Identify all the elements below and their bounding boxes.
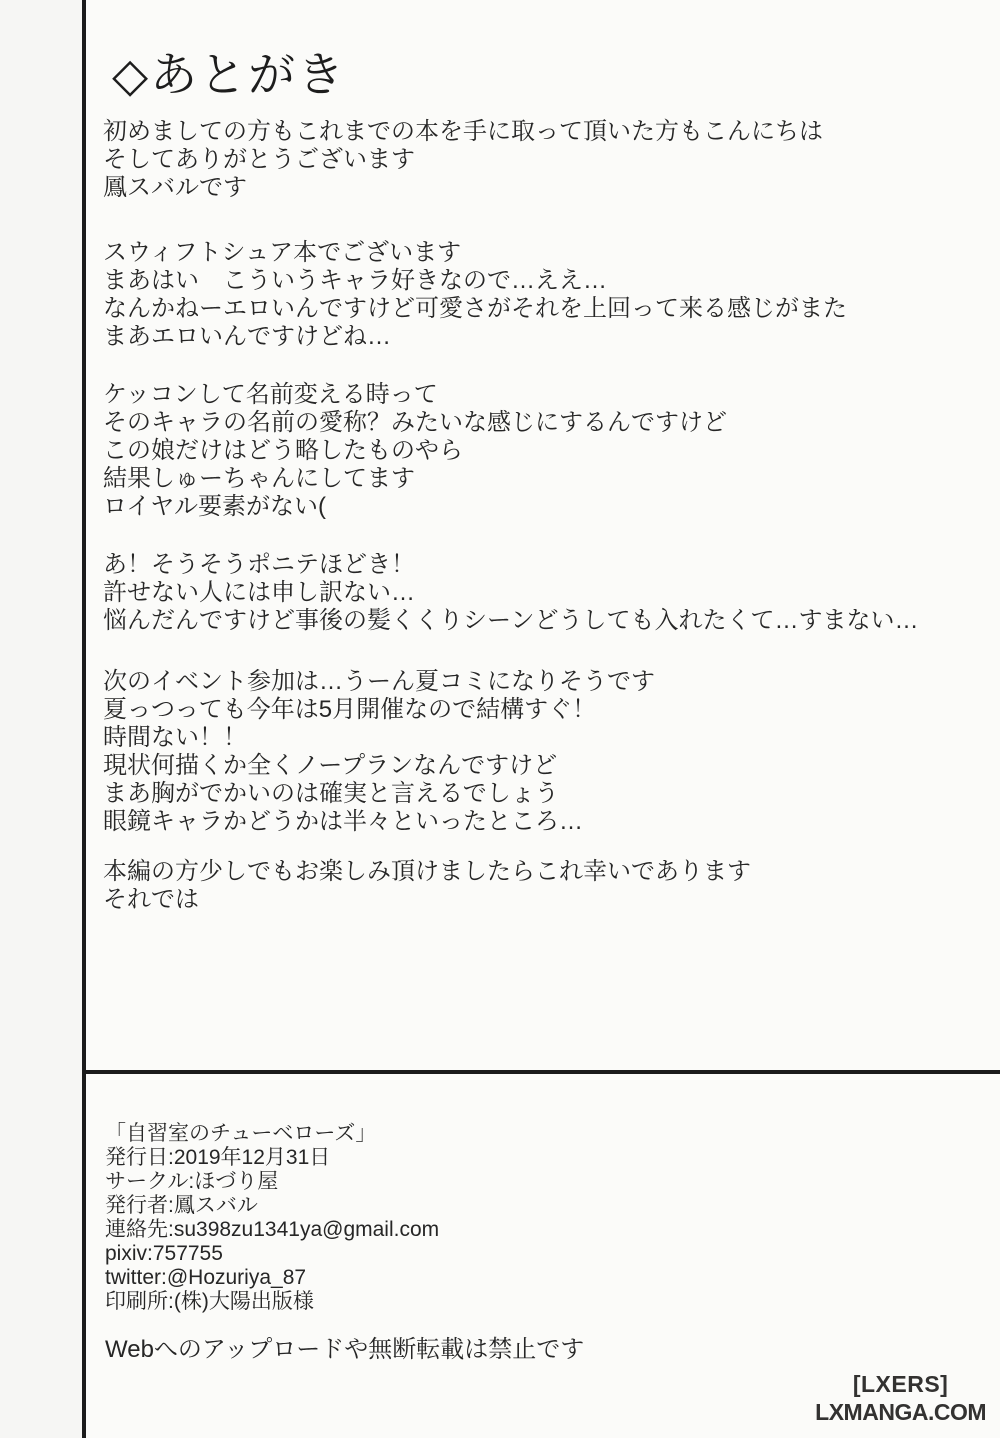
colophon-book-title: 「自習室のチューベローズ」 <box>105 1122 805 1146</box>
scan-left-margin <box>0 0 82 1438</box>
colophon: 「自習室のチューベローズ」 発行日:2019年12月31日 サークル:ほづり屋 … <box>105 1122 805 1314</box>
colophon-pixiv-id: pixiv:757755 <box>105 1242 805 1266</box>
colophon-publish-date: 発行日:2019年12月31日 <box>105 1146 805 1170</box>
afterword-paragraph-next-event: 次のイベント参加は…うーん夏コミになりそうです 夏っつっても今年は5月開催なので… <box>103 668 963 836</box>
page-title: ◇あとがき <box>112 38 346 105</box>
afterword-paragraph-about-book: スウィフトシュア本でございます まあはい こういうキャラ好きなので…ええ… なん… <box>103 239 963 351</box>
colophon-twitter-handle: twitter:@Hozuriya_87 <box>105 1266 805 1290</box>
site-watermark: [LXERS] LXMANGA.COM <box>815 1370 986 1426</box>
watermark-site-url: LXMANGA.COM <box>815 1398 986 1426</box>
colophon-circle-name: サークル:ほづり屋 <box>105 1170 805 1194</box>
watermark-tag: [LXERS] <box>815 1370 986 1398</box>
page-left-border-line <box>82 0 86 1438</box>
afterword-paragraph-closing: 本編の方少しでもお楽しみ頂けましたらこれ幸いであります それでは <box>103 858 963 914</box>
colophon-divider-line <box>86 1070 1000 1074</box>
afterword-page: ◇あとがき 初めましての方もこれまでの本を手に取って頂いた方もこんにちは そして… <box>0 0 1000 1438</box>
afterword-paragraph-nickname: ケッコンして名前変える時って そのキャラの名前の愛称？みたいな感じにするんですけ… <box>103 381 963 521</box>
colophon-printer: 印刷所:(株)大陽出版様 <box>105 1290 805 1314</box>
afterword-paragraph-ponytail: あ！そうそうポニテほどき！ 許せない人には申し訳ない… 悩んだんですけど事後の髪… <box>103 551 963 635</box>
colophon-publisher-name: 発行者:鳳スバル <box>105 1194 805 1218</box>
colophon-contact-email: 連絡先:su398zu1341ya@gmail.com <box>105 1218 805 1242</box>
upload-prohibition-notice: Webへのアップロードや無断転載は禁止です <box>105 1336 584 1364</box>
afterword-paragraph-greeting: 初めましての方もこれまでの本を手に取って頂いた方もこんにちは そしてありがとうご… <box>103 118 963 202</box>
